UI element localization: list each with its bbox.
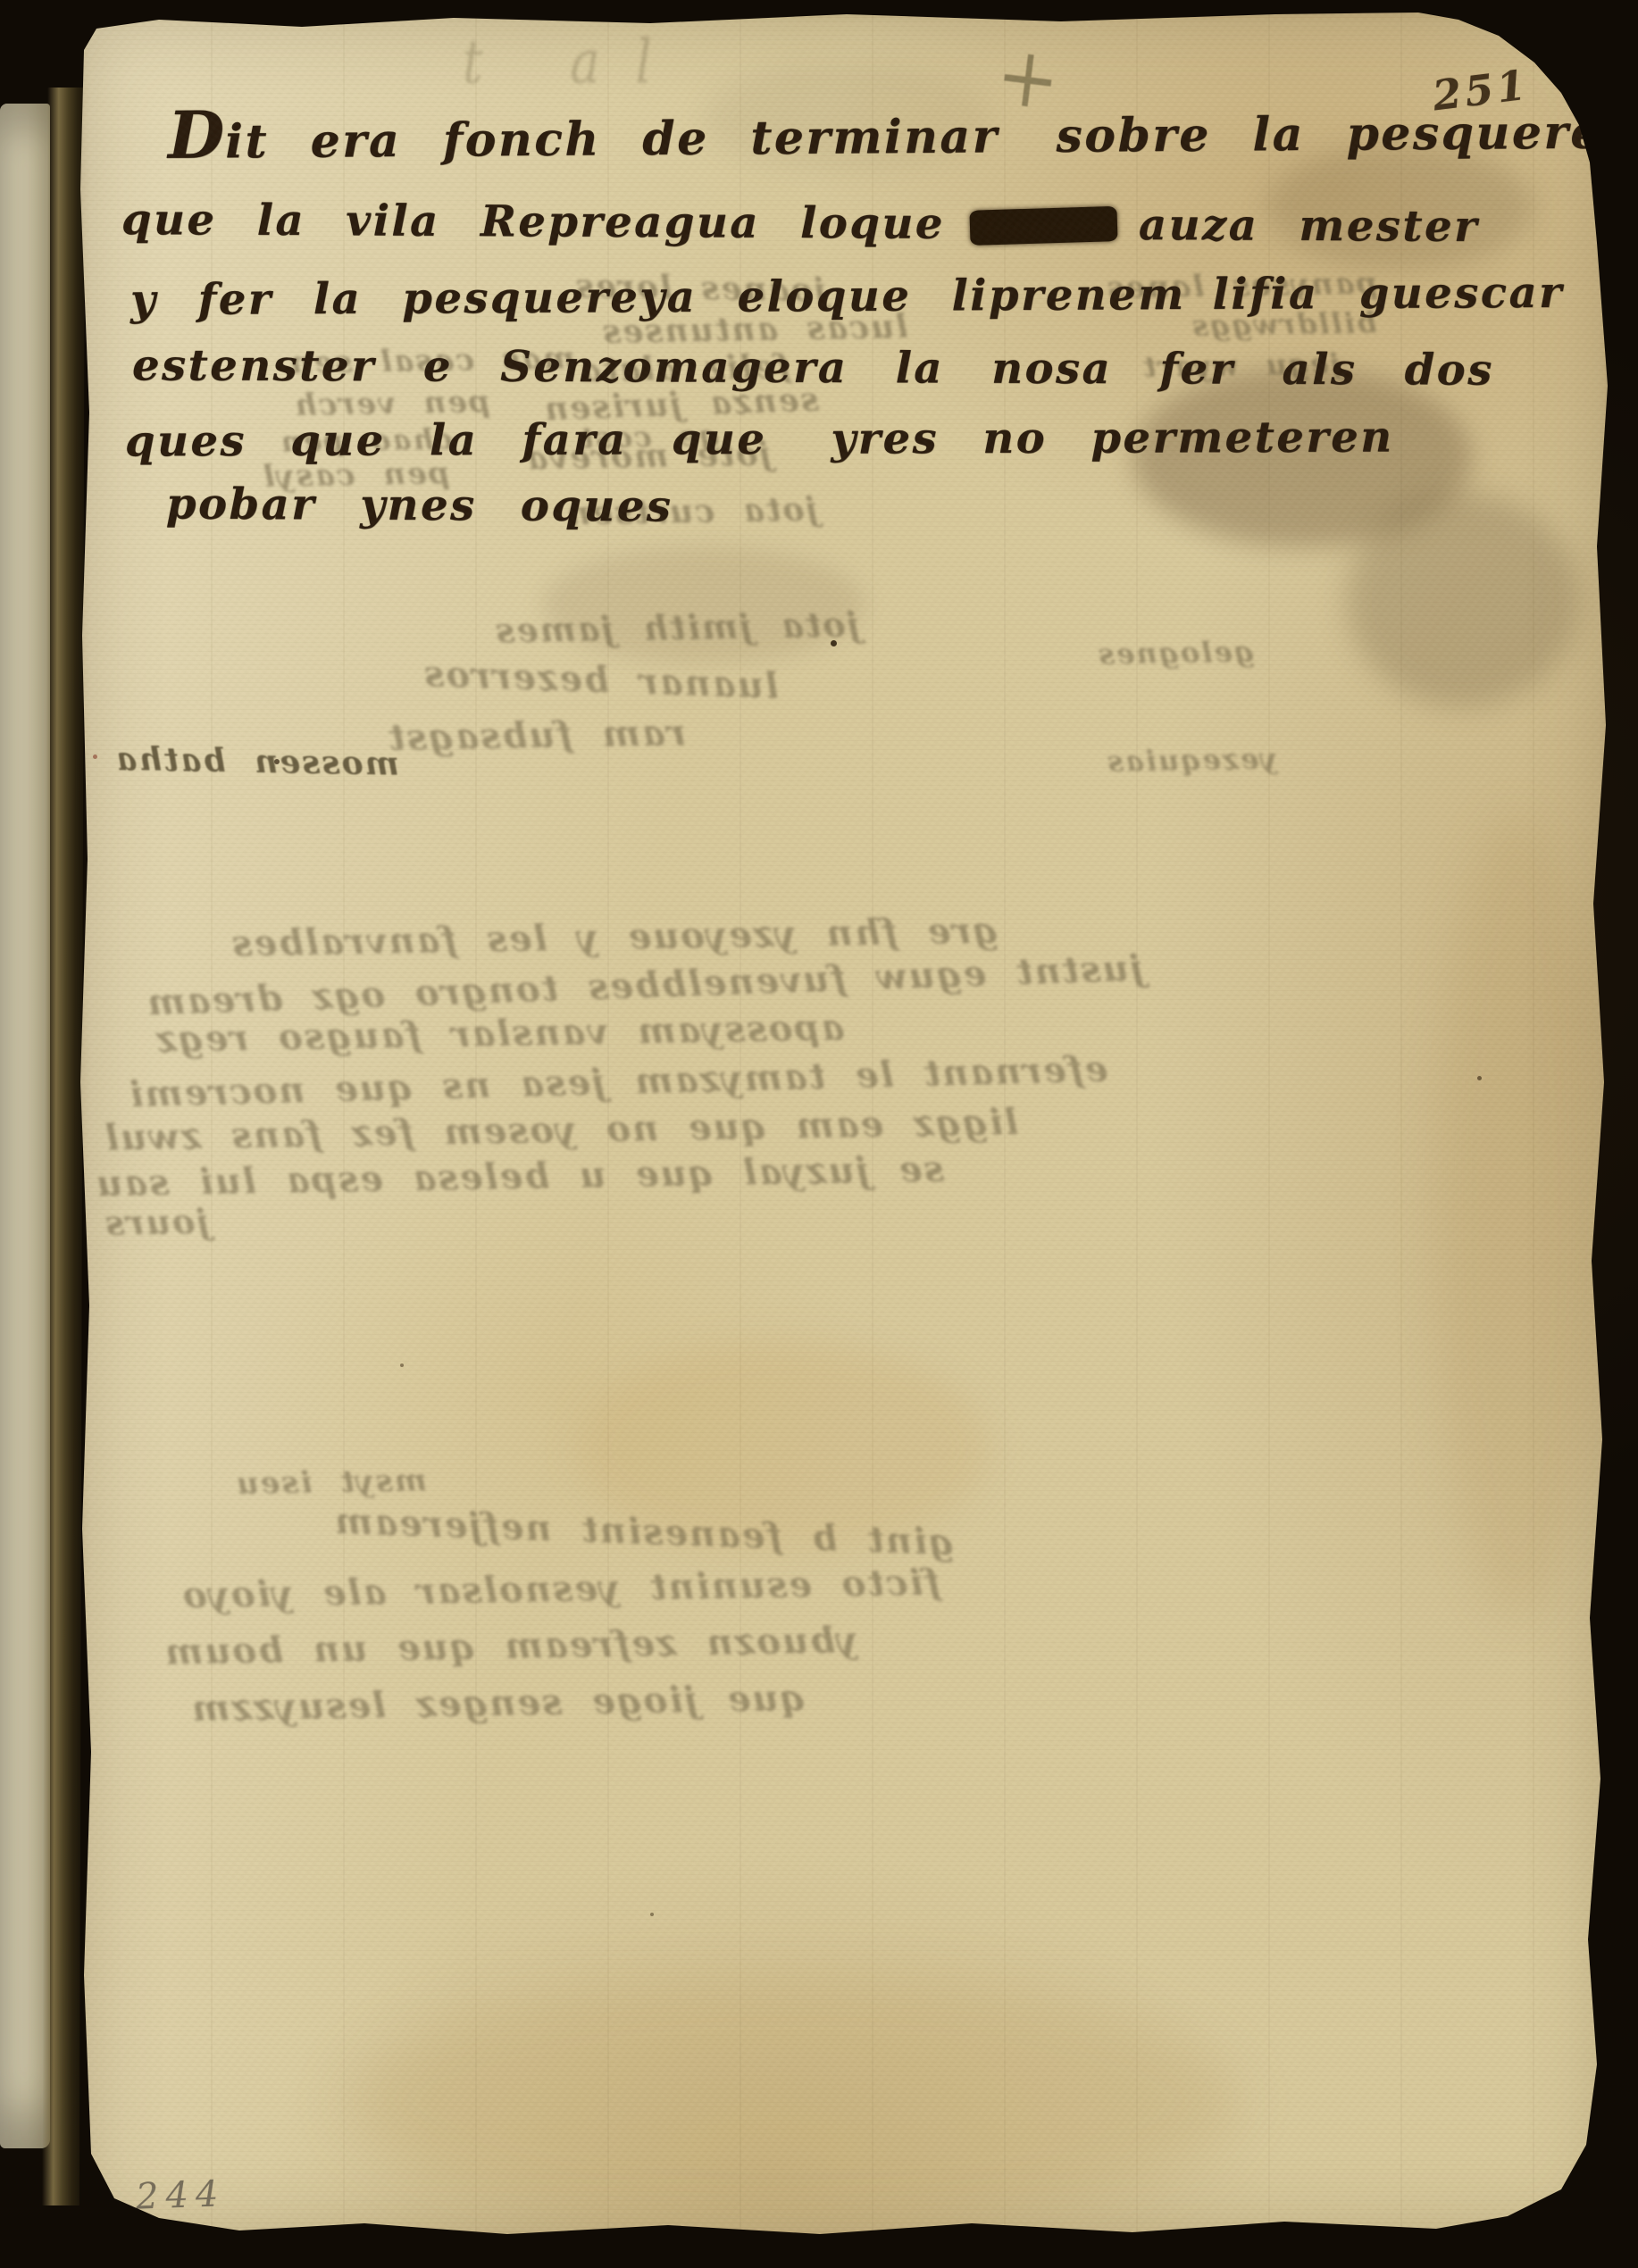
ink-speck (650, 1913, 654, 1916)
manuscript-line: y fer la pesquereya eloque liprenemlifia… (130, 268, 1564, 325)
bleedthrough-text: ram fubsagst (387, 712, 687, 759)
bleedthrough-text: jota jmith james (494, 604, 860, 650)
manuscript-line: ques que la fara queyres no permeteren (125, 413, 1394, 467)
manuscript-line: Dit era fonch de terminarsobre la pesque… (168, 88, 1638, 174)
ink-speck (1477, 1076, 1482, 1080)
bleedthrough-text: msyt iseu (235, 1463, 427, 1502)
crossed-out-word: lansa (969, 206, 1117, 246)
manuscript-text: lifia guescar (1212, 268, 1564, 320)
manuscript-page: panyses lanes joanes lores lucas antunse… (79, 11, 1611, 2241)
manuscript-text: ques que la fara que (125, 414, 767, 467)
manuscript-text: estenster e Senzomagera la nosa fer als … (132, 340, 1494, 395)
ink-speck (400, 1363, 404, 1367)
manuscript-line: pobar ynes oques (166, 479, 673, 532)
archival-photo-background: panyses lanes joanes lores lucas antunse… (0, 0, 1638, 2268)
manuscript-text: que la vila Repreagua loque (121, 195, 945, 249)
binding-gutter-shadow (42, 88, 85, 2205)
bleedthrough-text: que jioge sengez lesuyzzm (190, 1677, 806, 1730)
bleedthrough-text: jours (104, 1201, 210, 1243)
manuscript-line: que la vila Repreagua loquelansaauza mes… (121, 195, 1479, 252)
right-edge-toning (1436, 814, 1597, 1618)
bottom-damp-stain (347, 1975, 1240, 2225)
manuscript-text: pobar ynes oques (166, 479, 673, 532)
bleedthrough-text: gelognes (1097, 634, 1255, 671)
bleedthrough-text: gint b feanesint nefjeream (332, 1500, 954, 1563)
bleedthrough-text: luanar bezerros (422, 653, 780, 707)
manuscript-text: Dit era fonch de terminar (168, 92, 999, 173)
manuscript-line: estenster e Senzomagera la nosa fer als … (132, 340, 1494, 395)
archival-cross-mark: + (991, 26, 1066, 129)
bleedthrough-text: mossen batha (114, 740, 400, 783)
red-foxing-speck (93, 755, 97, 759)
faint-top-scrawl: t al (463, 29, 688, 98)
manuscript-text: sobre la pesquereya (1056, 104, 1638, 163)
manuscript-text: auza mester (1139, 200, 1479, 252)
manuscript-text: yres no permeteren (831, 413, 1393, 464)
bleedthrough-text: ficto esunint yesnolsar ale yioyo (181, 1562, 940, 1617)
manuscript-text: y fer la pesquereya eloque liprenem (130, 270, 1186, 325)
bleedthrough-text: ybuozn zefream que un boum (163, 1619, 858, 1673)
ink-smudge-stain (1347, 493, 1579, 707)
folio-number-pencil: 244 (135, 2173, 226, 2217)
bleedthrough-text: yezequias (1106, 741, 1278, 778)
